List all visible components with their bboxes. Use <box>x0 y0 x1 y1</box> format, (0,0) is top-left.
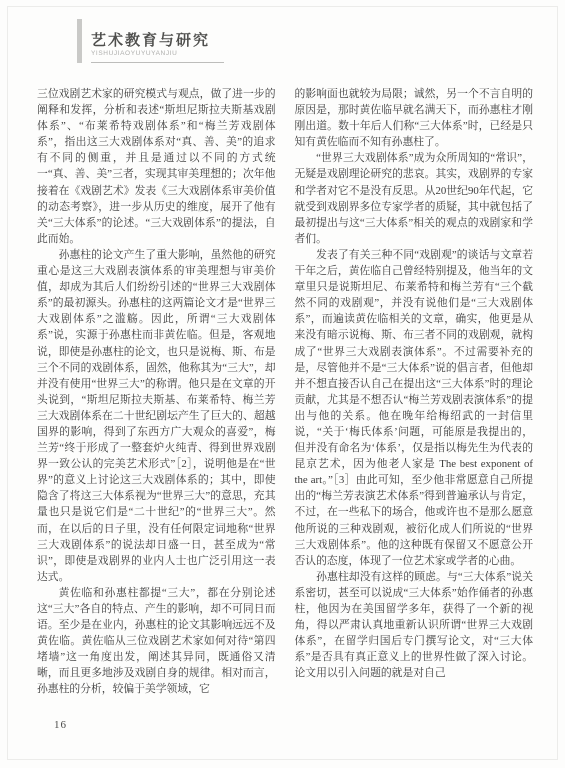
left-column: 三位戏剧艺术家的研究模式与观点，做了进一步的阐释和发挥，分析和表述“斯坦尼斯拉夫… <box>37 86 276 698</box>
journal-title-pinyin: YISHUJIAOYUYUYANJIU <box>91 50 210 57</box>
right-column: 的影响面也就较为局限；诚然，另一个不言自明的原因是，那时黄佐临早就名满天下，而孙… <box>295 86 534 698</box>
paragraph: 发表了有关三种不同“戏剧观”的谈话与文章若干年之后，黄佐临自己曾经特别提及，他当… <box>295 247 534 569</box>
page-number: 16 <box>54 719 67 731</box>
paragraph: 孙惠柱却没有这样的顾虑。与“三大体系”说关系密切，甚至可以说成“三大体系”始作俑… <box>295 569 534 682</box>
journal-header: 艺术教育与研究 YISHUJIAOYUYUYANJIU <box>77 19 224 63</box>
journal-page: 艺术教育与研究 YISHUJIAOYUYUYANJIU 三位戏剧艺术家的研究模式… <box>0 0 565 768</box>
paragraph-continuation: 三位戏剧艺术家的研究模式与观点，做了进一步的阐释和发挥，分析和表述“斯坦尼斯拉夫… <box>37 86 276 247</box>
paragraph-continuation: 的影响面也就较为局限；诚然，另一个不言自明的原因是，那时黄佐临早就名满天下，而孙… <box>295 86 534 150</box>
article-body: 三位戏剧艺术家的研究模式与观点，做了进一步的阐释和发挥，分析和表述“斯坦尼斯拉夫… <box>37 86 533 698</box>
header-accent-bar <box>77 19 82 63</box>
paragraph: 孙惠柱的论文产生了重大影响，虽然他的研究重心是这三大戏剧表演体系的审美理想与审美… <box>37 247 276 585</box>
journal-title: 艺术教育与研究 <box>91 33 210 49</box>
paragraph: “世界三大戏剧体系”成为众所周知的“常识”，无疑是戏剧理论研究的悲哀。其实，戏剧… <box>295 150 534 247</box>
masthead: 艺术教育与研究 YISHUJIAOYUYUYANJIU <box>91 19 224 63</box>
paragraph: 黄佐临和孙惠柱都提“三大”，都在分别论述这“三大”各自的特点、产生的影响，却不可… <box>37 585 276 698</box>
